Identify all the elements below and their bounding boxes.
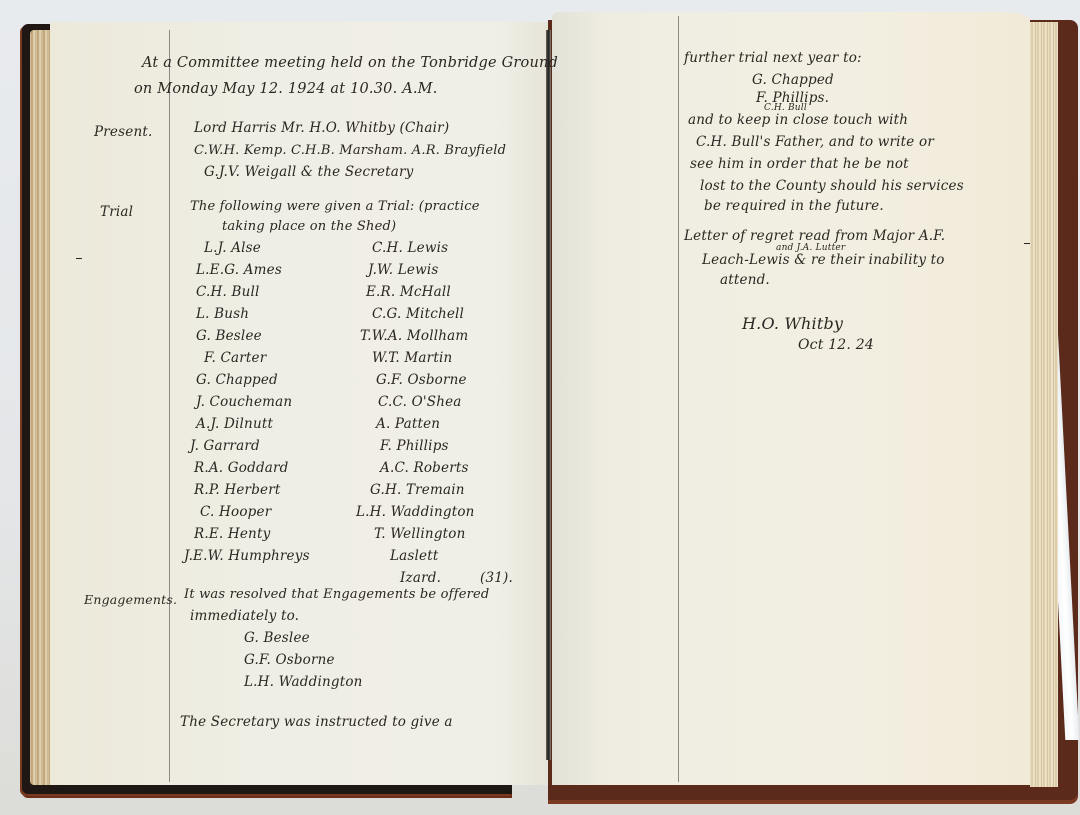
trial-name: C.H. Bull [196, 286, 260, 300]
trial-name: J.E.W. Humphreys [184, 550, 310, 564]
margin-tick-mark [1024, 243, 1030, 244]
right-line-1: further trial next year to: [684, 52, 862, 66]
engagement-name: G. Beslee [244, 632, 310, 646]
trial-name: A.J. Dilnutt [196, 418, 273, 432]
trial-name: L. Bush [196, 308, 249, 322]
secretary-instruction: The Secretary was instructed to give a [180, 716, 453, 730]
trial-name: J.W. Lewis [368, 264, 439, 278]
trial-name: C.C. O'Shea [378, 396, 462, 410]
right-line-2: and to keep in close touch with [688, 114, 908, 128]
heading-line-2: on Monday May 12. 1924 at 10.30. A.M. [134, 82, 438, 97]
trial-name: W.T. Martin [372, 352, 452, 366]
engagements-label: Engagements. [84, 594, 177, 607]
engagements-line-1: It was resolved that Engagements be offe… [184, 588, 489, 601]
trial-name: F. Phillips [380, 440, 449, 454]
right-line-4: see him in order that he be not [690, 158, 909, 172]
trial-name: R.P. Herbert [194, 484, 281, 498]
letter-line-1: Letter of regret read from Major A.F. [684, 230, 945, 244]
engagement-name: G.F. Osborne [244, 654, 335, 668]
further-trial-name: G. Chapped [752, 74, 834, 88]
present-line-2: C.W.H. Kemp. C.H.B. Marsham. A.R. Brayfi… [194, 144, 506, 157]
trial-name: G. Chapped [196, 374, 278, 388]
trial-name: L.H. Waddington [356, 506, 475, 520]
trial-name: L.E.G. Ames [196, 264, 282, 278]
trial-intro-line-2: taking place on the Shed) [222, 220, 396, 233]
trial-name: C. Hooper [200, 506, 271, 520]
trial-name: R.E. Henty [194, 528, 270, 542]
engagements-line-2: immediately to. [190, 610, 299, 624]
present-label: Present. [94, 126, 152, 140]
signature-date: Oct 12. 24 [798, 338, 874, 352]
right-line-5: lost to the County should his services [700, 180, 964, 194]
trial-label: Trial [100, 206, 133, 220]
trial-name: G.H. Tremain [370, 484, 465, 498]
trial-name: Laslett [390, 550, 439, 564]
right-page-margin-rule [678, 16, 679, 782]
present-line-3: G.J.V. Weigall & the Secretary [204, 166, 413, 180]
trial-name: A.C. Roberts [380, 462, 469, 476]
trial-name: C.H. Lewis [372, 242, 448, 256]
trial-count: (31). [480, 572, 513, 586]
trial-name: A. Patten [376, 418, 440, 432]
trial-name: J. Coucheman [196, 396, 292, 410]
right-line-3: C.H. Bull's Father, and to write or [696, 136, 934, 150]
trial-name: R.A. Goddard [194, 462, 289, 476]
trial-name: G.F. Osborne [376, 374, 467, 388]
trial-name: Izard. [400, 572, 441, 586]
left-page-margin-rule [169, 30, 170, 782]
book-gutter [546, 30, 551, 760]
letter-line-2: Leach-Lewis & re their inability to [702, 254, 945, 268]
engagement-name: L.H. Waddington [244, 676, 363, 690]
margin-tick-mark [76, 258, 82, 259]
trial-name: T.W.A. Mollham [360, 330, 468, 344]
trial-name: T. Wellington [374, 528, 466, 542]
right-line-6: be required in the future. [704, 200, 884, 214]
trial-name: C.G. Mitchell [372, 308, 464, 322]
letter-line-3: attend. [720, 274, 770, 288]
trial-name: G. Beslee [196, 330, 262, 344]
signature: H.O. Whitby [742, 316, 843, 332]
present-line-1: Lord Harris Mr. H.O. Whitby (Chair) [194, 122, 449, 136]
trial-name: L.J. Alse [204, 242, 261, 256]
page-edges-right [1030, 22, 1058, 787]
trial-intro-line-1: The following were given a Trial: (pract… [190, 200, 480, 213]
trial-name: F. Carter [204, 352, 266, 366]
heading-line-1: At a Committee meeting held on the Tonbr… [142, 56, 558, 71]
trial-name: E.R. McHall [366, 286, 451, 300]
trial-name: J. Garrard [190, 440, 260, 454]
